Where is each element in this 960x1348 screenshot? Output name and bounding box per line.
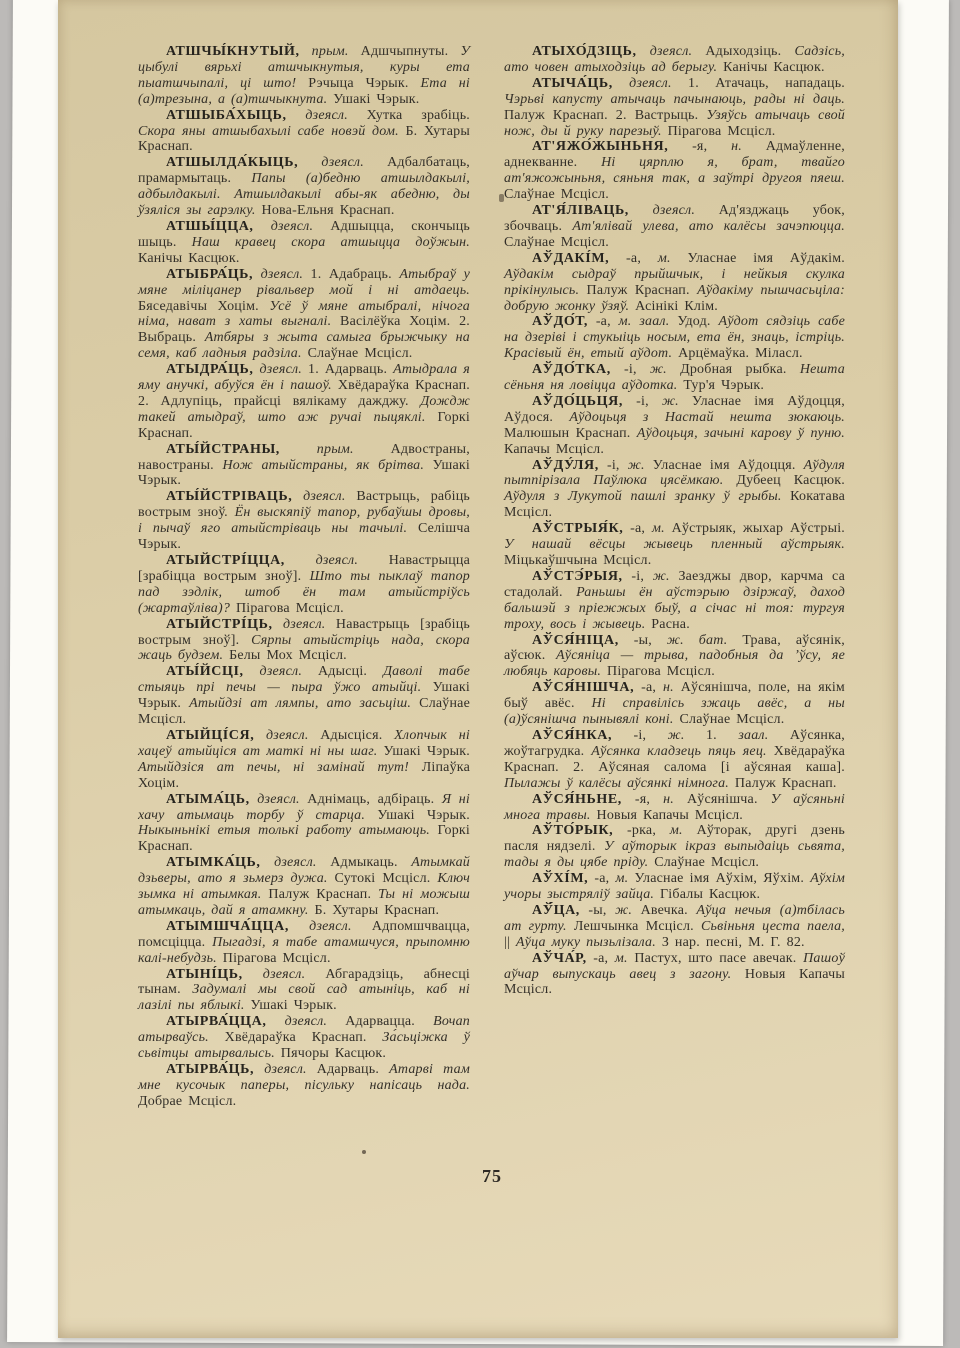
entry-headword: АЎДО́ЦЬЦЯ, bbox=[532, 394, 623, 409]
entry-example-italic: м. bbox=[670, 823, 697, 838]
entry-definition-text: Тур'я Чэрык. bbox=[683, 378, 764, 393]
entry-example-italic: Ат'ялівай улева, ато калёсы зачэпюцца. bbox=[572, 219, 845, 234]
entry-example-italic: ж. bbox=[668, 728, 706, 743]
entry-example-italic: дзеясл. bbox=[285, 553, 389, 568]
entry-definition-text: -а, bbox=[588, 871, 615, 886]
entry-definition-text: Пастух, што пасе авечак. bbox=[634, 951, 803, 966]
entry-definition-text: Слаўнае Мсцісл. bbox=[680, 712, 785, 727]
dictionary-entry: АЎТО́РЫК, -рка, м. Аўторак, другі дзень … bbox=[504, 823, 845, 871]
entry-headword: АЎСЯ́НІЦА, bbox=[532, 633, 619, 648]
entry-example-italic: дзеясл. bbox=[292, 489, 356, 504]
entry-definition-text: Адмыкаць. bbox=[330, 855, 411, 870]
entry-headword: АТЫМШЧА́ЦЦА, bbox=[166, 919, 289, 934]
entry-definition-text: Адарваць. bbox=[317, 1062, 389, 1077]
entry-example-italic: м. bbox=[616, 871, 635, 886]
entry-headword: АТЫЙСТРІ́ЦЬ, bbox=[166, 617, 273, 632]
entry-example-italic: Нож атыйстраны, як брітва. bbox=[222, 458, 432, 473]
entry-definition-text: З нар. песні, М. Г. 82. bbox=[662, 935, 805, 950]
entry-definition-text: Аўстрыяк, жыхар Аўстрыі. bbox=[672, 521, 845, 536]
entry-headword: АТШЫЛДА́КЫЦЬ, bbox=[166, 155, 298, 170]
entry-example-italic: дзеясл. bbox=[289, 919, 372, 934]
entry-example-italic: Атыйдзі ат лямпы, ато засьціш. bbox=[189, 696, 419, 711]
dictionary-entry: АТШЫБА́ХЫЦЬ, дзеясл. Хутка зрабіць. Скор… bbox=[138, 108, 470, 156]
dictionary-entry: АТЫЧА́ЦЬ, дзеясл. 1. Атачаць, нападаць. … bbox=[504, 76, 845, 140]
entry-example-italic: Наш кравец скора атшыцца доўжын. bbox=[192, 235, 470, 250]
entry-headword: АТЫРВА́ЦЦА, bbox=[166, 1014, 266, 1029]
entry-definition-text: Уласнае імя Аўдакім. bbox=[687, 251, 845, 266]
entry-definition-text: Пірагова Мсцісл. bbox=[607, 664, 715, 679]
entry-headword: АЎЧА́Р, bbox=[532, 951, 587, 966]
entry-headword: АЎСТЭ́РЫЯ, bbox=[532, 569, 623, 584]
dictionary-entry: АТ'ЯЖО́ЖЫНЬНЯ, -я, н. Адмаўленне, аднекв… bbox=[504, 139, 845, 203]
entry-definition-text: 1. Атачаць, нападаць. bbox=[688, 76, 845, 91]
entry-definition-text: 1. bbox=[706, 728, 738, 743]
entry-headword: АЎСЯ́НЬНЕ, bbox=[532, 792, 622, 807]
entry-definition-text: Палуж Краснап. bbox=[587, 283, 698, 298]
entry-headword: АТЫЧА́ЦЬ, bbox=[532, 76, 613, 91]
entry-example-italic: У нашай вёсцы жывець пленный аўстрыяк. bbox=[504, 537, 845, 552]
dictionary-entry: АТШЧЫ́КНУТЫЙ, прым. Адшчыпнуты. У цыбулі… bbox=[138, 44, 470, 108]
entry-definition-text: Адшчыпнуты. bbox=[361, 44, 461, 59]
entry-definition-text: Пірагова Мсцісл. bbox=[668, 124, 776, 139]
entry-example-italic: дзеясл. bbox=[250, 792, 308, 807]
entry-definition-text: Палуж Краснап. bbox=[735, 776, 837, 791]
entry-example-italic: дзеясл. bbox=[244, 664, 318, 679]
entry-headword: АТШЫ́ЦЦА, bbox=[166, 219, 254, 234]
entry-headword: АТЫЙСТРІ́ЦЦА, bbox=[166, 553, 285, 568]
entry-definition-text: Уласнае імя Аўдоцця. bbox=[653, 458, 804, 473]
entry-headword: АЎТО́РЫК, bbox=[532, 823, 613, 838]
entry-definition-text: Хвёдараўка Краснап. bbox=[225, 1030, 383, 1045]
entry-headword: АТЫМА́ЦЬ, bbox=[166, 792, 250, 807]
entry-definition-text: Аўсянішча. bbox=[687, 792, 771, 807]
entry-example-italic: н. bbox=[663, 680, 681, 695]
entry-definition-text: 1. Адабраць. bbox=[311, 267, 400, 282]
entry-definition-text: Слаўнае Мсцісл. bbox=[654, 855, 759, 870]
entry-headword: АТ'ЯЖО́ЖЫНЬНЯ, bbox=[532, 139, 668, 154]
entry-definition-text: Сутокі Мсцісл. bbox=[335, 871, 438, 886]
entry-definition-text: -і, bbox=[623, 569, 653, 584]
entry-example-italic: Аўдоцьця з Настай нешта зюкаюць. bbox=[569, 410, 845, 425]
entry-headword: АТЫРВА́ЦЬ, bbox=[166, 1062, 254, 1077]
entry-definition-text: -рка, bbox=[613, 823, 670, 838]
entry-definition-text: Гібалы Касцюк. bbox=[660, 887, 760, 902]
entry-example-italic: Скора яны атшыбахылі сабе новэй дом. bbox=[138, 124, 405, 139]
entry-definition-text: Адысці. bbox=[318, 664, 383, 679]
entry-definition-text: Слаўнае Мсцісл. bbox=[308, 346, 413, 361]
entry-example-italic: ж. bbox=[662, 394, 692, 409]
dictionary-entry: АЎСЯ́НІЦА, -ы, ж. бат. Трава, аўсянік, а… bbox=[504, 633, 845, 681]
entry-definition-text: Адыходзіць. bbox=[705, 44, 794, 59]
dictionary-entry: АЎДУ́ЛЯ, -і, ж. Уласнае імя Аўдоцця. Аўд… bbox=[504, 458, 845, 522]
entry-definition-text: Слаўнае Мсцісл. bbox=[504, 187, 609, 202]
dictionary-entry: АТЫМА́ЦЬ, дзеясл. Аднімаць, адбіраць. Я … bbox=[138, 792, 470, 856]
entry-example-italic: дзеясл. bbox=[613, 76, 688, 91]
entry-definition-text: -ы, bbox=[619, 633, 667, 648]
entry-example-italic: дзеясл. bbox=[629, 203, 719, 218]
entry-headword: АТЫБРА́ЦЬ, bbox=[166, 267, 253, 282]
dictionary-entry: АЎЧА́Р, -а, м. Пастух, што пасе авечак. … bbox=[504, 951, 845, 999]
entry-example-italic: Атыйдзіся ат печы, ні замінай тут! bbox=[138, 760, 422, 775]
entry-example-italic: дзеясл. bbox=[273, 617, 336, 632]
entry-definition-text: Удод. bbox=[677, 314, 718, 329]
entry-example-italic: дзеясл. bbox=[298, 155, 387, 170]
entry-definition-text: Адарвацца. bbox=[345, 1014, 433, 1029]
entry-example-italic: м. bbox=[615, 951, 634, 966]
entry-example-italic: прым. bbox=[280, 442, 391, 457]
dictionary-entry: АЎСЯ́НІШЧА, -а, н. Аўсянішча, поле, на я… bbox=[504, 680, 845, 728]
entry-definition-text: -я, bbox=[622, 792, 663, 807]
entry-definition-text: Б. Хутары Краснап. bbox=[315, 903, 440, 918]
dictionary-entry: АТ'Я́ЛІВАЦЬ, дзеясл. Ад'язджаць убок, зб… bbox=[504, 203, 845, 251]
dictionary-entry: АТЫЙСТРІ́ЦЦА, дзеясл. Навастрыцца [зрабі… bbox=[138, 553, 470, 617]
entry-example-italic: дзеясл. bbox=[261, 855, 331, 870]
entry-definition-text: Аднімаць, адбіраць. bbox=[307, 792, 442, 807]
entry-definition-text: -а, bbox=[588, 314, 619, 329]
entry-example-italic: дзеясл. bbox=[266, 1014, 345, 1029]
dictionary-entry: АЎДАКІ́М, -а, м. Уласнае імя Аўдакім. Аў… bbox=[504, 251, 845, 315]
entry-definition-text: Асінікі Клім. bbox=[635, 299, 718, 314]
entry-example-italic: м. bbox=[652, 521, 672, 536]
dictionary-entry: АЎХІ́М, -а, м. Уласнае імя Аўхім, Яўхім.… bbox=[504, 871, 845, 903]
entry-example-italic: заал. bbox=[738, 728, 790, 743]
entry-headword: АЎ́ЦА, bbox=[532, 903, 580, 918]
entry-headword: АТЫДРА́ЦЬ, bbox=[166, 362, 254, 377]
dictionary-entry: АТШЫ́ЦЦА, дзеясл. Адшыцца, скончыць шыць… bbox=[138, 219, 470, 267]
entry-example-italic: дзеясл. bbox=[253, 267, 310, 282]
entry-example-italic: ж. бат. bbox=[667, 633, 742, 648]
dictionary-entry: АТЫРВА́ЦЬ, дзеясл. Адарваць. Атарві там … bbox=[138, 1062, 470, 1110]
dictionary-entry: АТЫМКА́ЦЬ, дзеясл. Адмыкаць. Атымкай дзь… bbox=[138, 855, 470, 919]
entry-headword: АТЫ́ЙСТРАНЫ, bbox=[166, 442, 280, 457]
dictionary-entry: АЎСТЭ́РЫЯ, -і, ж. Заезджы двор, карчма с… bbox=[504, 569, 845, 633]
text-columns: АТШЧЫ́КНУТЫЙ, прым. Адшчыпнуты. У цыбулі… bbox=[138, 44, 845, 1110]
dictionary-entry: АЎСЯ́НКА, -і, ж. 1. заал. Аўсянка, жоўта… bbox=[504, 728, 845, 792]
entry-headword: АТЫ́ЙСЦІ, bbox=[166, 664, 244, 679]
entry-headword: АЎДО́ТКА, bbox=[532, 362, 611, 377]
entry-definition-text: 1. Адарваць. bbox=[308, 362, 393, 377]
entry-definition-text: Канічы Касцюк. bbox=[138, 251, 240, 266]
entry-definition-text: Пірагова Мсцісл. bbox=[223, 951, 331, 966]
entry-example-italic: дзеясл. bbox=[254, 219, 331, 234]
entry-headword: АЎСЯ́НІШЧА, bbox=[532, 680, 634, 695]
entry-example-italic: н. bbox=[663, 792, 687, 807]
entry-definition-text: Арцёмаўка. Міласл. bbox=[678, 346, 803, 361]
entry-example-italic: Аўца муку пызьлізала. bbox=[516, 935, 662, 950]
entry-example-italic: Ныкыньнікі етыя толькі работу атымаюць. bbox=[138, 823, 437, 838]
entry-headword: АЎСЯ́НКА, bbox=[532, 728, 612, 743]
entry-example-italic: прым. bbox=[300, 44, 361, 59]
entry-example-italic: дзеясл. bbox=[243, 967, 326, 982]
entry-headword: АТЫМКА́ЦЬ, bbox=[166, 855, 261, 870]
ink-speck bbox=[362, 1150, 366, 1154]
dictionary-entry: АТЫ́ЙСТРАНЫ, прым. Адвостраны, навостран… bbox=[138, 442, 470, 490]
entry-definition-text: Канічы Касцюк. bbox=[723, 60, 825, 75]
entry-definition-text: -а, bbox=[623, 521, 652, 536]
entry-headword: АЎДО́Т, bbox=[532, 314, 588, 329]
entry-example-italic: дзеясл. bbox=[637, 44, 706, 59]
dictionary-entry: АТЫХО́ДЗІЦЬ, дзеясл. Адыходзіць. Садзісь… bbox=[504, 44, 845, 76]
entry-definition-text: Капачы Мсцісл. bbox=[504, 442, 604, 457]
dictionary-entry: АЎСЯ́НЬНЕ, -я, н. Аўсянішча. У аўсяньні … bbox=[504, 792, 845, 824]
dictionary-entry: АЎДО́ЦЬЦЯ, -і, ж. Уласнае імя Аўдоцця, А… bbox=[504, 394, 845, 458]
dictionary-entry: АЎСТРЫЯ́К, -а, м. Аўстрыяк, жыхар Аўстры… bbox=[504, 521, 845, 569]
entry-headword: АТЫХО́ДЗІЦЬ, bbox=[532, 44, 637, 59]
entry-headword: АТЫЙЦІ́СЯ, bbox=[166, 728, 254, 743]
entry-definition-text: Палуж Краснап. bbox=[268, 887, 378, 902]
dictionary-entry: АТЫ́ЙСТРІВАЦЬ, дзеясл. Вастрыць, рабіць … bbox=[138, 489, 470, 553]
entry-definition-text: Малюшын Краснап. bbox=[504, 426, 637, 441]
entry-definition-text: Палуж Краснап. 2. Вастрыць. bbox=[504, 108, 706, 123]
dictionary-entry: АТЫМШЧА́ЦЦА, дзеясл. Адпомшчвацца, помсц… bbox=[138, 919, 470, 967]
entry-definition-text: Слаўнае Мсцісл. bbox=[504, 235, 609, 250]
ink-speck bbox=[499, 194, 504, 202]
entry-example-italic: дзеясл. bbox=[254, 1062, 317, 1077]
entry-definition-text: -а, bbox=[609, 251, 658, 266]
entry-definition-text: Нова-Ельня Краснап. bbox=[262, 203, 395, 218]
entry-definition-text: Пірагова Мсцісл. bbox=[236, 601, 344, 616]
entry-headword: АТШЧЫ́КНУТЫЙ, bbox=[166, 44, 300, 59]
entry-headword: АТЫНІ́ЦЬ, bbox=[166, 967, 243, 982]
entry-example-italic: дзеясл. bbox=[254, 728, 320, 743]
entry-definition-text: -і, bbox=[611, 362, 650, 377]
entry-definition-text: Міцькаўшчына Мсцісл. bbox=[504, 553, 651, 568]
entry-definition-text: -а, bbox=[634, 680, 663, 695]
dictionary-entry: АЎДО́ТКА, -і, ж. Дробная рыбка. Нешта сё… bbox=[504, 362, 845, 394]
entry-definition-text: Уласнае імя Аўхім, Яўхім. bbox=[634, 871, 810, 886]
entry-definition-text: Расна. bbox=[651, 617, 690, 632]
entry-definition-text: Авечка. bbox=[641, 903, 697, 918]
entry-example-italic: Аўдоцьця, зачыні карову ў пуню. bbox=[637, 426, 845, 441]
entry-definition-text: Добрае Мсцісл. bbox=[138, 1094, 236, 1109]
dictionary-entry: АТЫ́ЙСЦІ, дзеясл. Адысці. Даволі табе ст… bbox=[138, 664, 470, 728]
entry-example-italic: Аўдуля з Лукутой пашлі зранку ў грыбы. bbox=[504, 489, 790, 504]
entry-example-italic: м. bbox=[658, 251, 688, 266]
entry-example-italic: дзеясл. bbox=[254, 362, 308, 377]
entry-definition-text: Лешчынка Мсцісл. bbox=[574, 919, 701, 934]
dictionary-page: АТШЧЫ́КНУТЫЙ, прым. Адшчыпнуты. У цыбулі… bbox=[58, 0, 898, 1338]
entry-definition-text: Дробная рыбка. bbox=[680, 362, 800, 377]
entry-definition-text: -я, bbox=[668, 139, 731, 154]
dictionary-entry: АТЫЙЦІ́СЯ, дзеясл. Адысціся. Хлопчык ні … bbox=[138, 728, 470, 792]
entry-example-italic: ж. bbox=[650, 362, 680, 377]
scanned-book-photo: { "scan": { "scanner_bg": "#bcbab8", "ba… bbox=[0, 0, 960, 1348]
entry-definition-text: Ушакі Чэрык. bbox=[251, 998, 337, 1013]
entry-definition-text: Рэчыца Чэрык. bbox=[308, 76, 420, 91]
entry-headword: АЎДУ́ЛЯ, bbox=[532, 458, 599, 473]
entry-definition-text: Ушакі Чэрык. bbox=[377, 808, 470, 823]
entry-definition-text: -і, bbox=[623, 394, 662, 409]
entry-definition-text: -і, bbox=[599, 458, 628, 473]
entry-definition-text: Белы Мох Мсцісл. bbox=[229, 648, 347, 663]
entry-definition-text: -ы, bbox=[580, 903, 615, 918]
entry-example-italic: Аўсянка кладзець пяць яец. bbox=[591, 744, 773, 759]
entry-definition-text: Дубеец Касцюк. bbox=[736, 473, 845, 488]
entry-definition-text: || bbox=[504, 935, 516, 950]
entry-headword: АЎДАКІ́М, bbox=[532, 251, 609, 266]
entry-definition-text: Бяседавічы Хоцім. bbox=[138, 299, 269, 314]
entry-definition-text: Ушакі Чэрык. bbox=[384, 744, 470, 759]
entry-headword: АТ'Я́ЛІВАЦЬ, bbox=[532, 203, 629, 218]
dictionary-entry: АТЫДРА́ЦЬ, дзеясл. 1. Адарваць. Атыдрала… bbox=[138, 362, 470, 442]
dictionary-entry: АТЫЙСТРІ́ЦЬ, дзеясл. Навастрыць [зрабіць… bbox=[138, 617, 470, 665]
entry-example-italic: ж. bbox=[615, 903, 640, 918]
entry-headword: АТЫ́ЙСТРІВАЦЬ, bbox=[166, 489, 292, 504]
entry-headword: АТШЫБА́ХЫЦЬ, bbox=[166, 108, 287, 123]
entry-headword: АЎСТРЫЯ́К, bbox=[532, 521, 623, 536]
entry-example-italic: Чэрьві капусту атычаць пачынаюць, рады н… bbox=[504, 92, 845, 107]
entry-example-italic: ж. bbox=[653, 569, 679, 584]
entry-example-italic: н. bbox=[731, 139, 766, 154]
entry-definition-text: Адысціся. bbox=[320, 728, 394, 743]
right-column: АТЫХО́ДЗІЦЬ, дзеясл. Адыходзіць. Садзісь… bbox=[504, 44, 845, 1110]
page-number: 75 bbox=[452, 1166, 532, 1187]
entry-example-italic: ж. bbox=[628, 458, 653, 473]
entry-headword: АЎХІ́М, bbox=[532, 871, 588, 886]
entry-definition-text: Ушакі Чэрык. bbox=[333, 92, 419, 107]
entry-example-italic: дзеясл. bbox=[287, 108, 367, 123]
entry-example-italic: Пылажы ў калёсы аўсянкі німнога. bbox=[504, 776, 735, 791]
left-column: АТШЧЫ́КНУТЫЙ, прым. Адшчыпнуты. У цыбулі… bbox=[138, 44, 470, 1110]
entry-definition-text: Пячоры Касцюк. bbox=[281, 1046, 386, 1061]
dictionary-entry: АТЫРВА́ЦЦА, дзеясл. Адарвацца. Вочап аты… bbox=[138, 1014, 470, 1062]
dictionary-entry: АЎ́ЦА, -ы, ж. Авечка. Аўца нечыя (а)тбіл… bbox=[504, 903, 845, 951]
entry-example-italic: м. заал. bbox=[619, 314, 678, 329]
dictionary-entry: АТЫНІ́ЦЬ, дзеясл. Абгарадзіць, абнесці т… bbox=[138, 967, 470, 1015]
entry-definition-text: -і, bbox=[612, 728, 668, 743]
entry-definition-text: Хутка зрабіць. bbox=[367, 108, 470, 123]
entry-definition-text: Новыя Капачы Мсцісл. bbox=[597, 808, 744, 823]
entry-definition-text: -а, bbox=[587, 951, 615, 966]
dictionary-entry: АТШЫЛДА́КЫЦЬ, дзеясл. Адбалбатаць, прама… bbox=[138, 155, 470, 219]
dictionary-entry: АЎДО́Т, -а, м. заал. Удод. Аўдот сядзіць… bbox=[504, 314, 845, 362]
dictionary-entry: АТЫБРА́ЦЬ, дзеясл. 1. Адабраць. Атыбраў … bbox=[138, 267, 470, 362]
entry-example-italic: Сьвіньня цеста паела, bbox=[701, 919, 845, 934]
